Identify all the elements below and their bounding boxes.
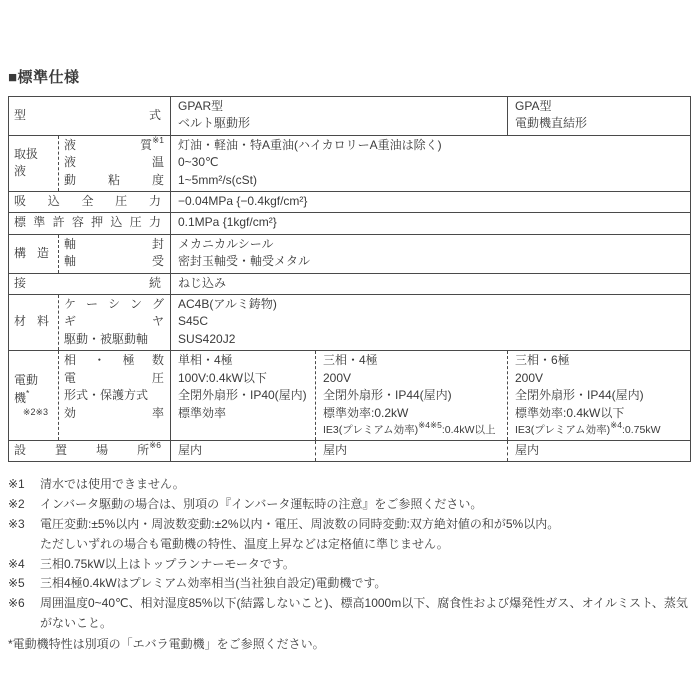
motor-asterisk: * (26, 388, 29, 398)
material-label: 材料 (9, 295, 58, 350)
row-inlet-pressure: 標準許容押込圧力 0.1MPa {1kgf/cm²} (9, 213, 690, 234)
footnote-3: ※3 電圧変動:±5%以内・周波数変動:±2%以内・電圧、周波数の同時変動:双方… (8, 515, 689, 555)
shaft-seal-label: 軸封 (64, 236, 164, 253)
motor-three-phase-4pole: 三相・4極 200V 全閉外扇形・IP44(屋内) 標準効率:0.2kW IE3… (315, 351, 507, 440)
suction-label: 吸込全圧力 (9, 192, 170, 212)
footnote-6: ※6 周囲温度0~40℃、相対湿度85%以下(結露しないこと)、標高1000m以… (8, 594, 689, 634)
footnote-4: ※4 三相0.75kW以上はトップランナーモータです。 (8, 555, 689, 575)
phase-poles-label: 相・極数 (64, 352, 164, 369)
footnotes: ※1 清水では使用できません。 ※2 インバータ駆動の場合は、別項の『インバータ… (8, 475, 689, 654)
motor-single-phase: 単相・4極 100V:0.4kW以下 全閉外扇形・IP40(屋内) 標準効率 (170, 351, 315, 440)
model-label-text: 型式 (14, 107, 161, 124)
inlet-value: 0.1MPa {1kgf/cm²} (170, 213, 686, 233)
row-motor: 電動機* ※2※3 相・極数 電圧 形式・保護方式 効率 単相・4極 100V:… (9, 351, 690, 441)
suction-value: −0.04MPa {−0.4kgf/cm²} (170, 192, 686, 212)
motor-sublabels: 相・極数 電圧 形式・保護方式 効率 (58, 351, 170, 440)
structure-label: 構造 (9, 235, 58, 273)
footnote-ref-6: ※6 (149, 440, 161, 450)
casing-label: ケーシング (64, 296, 164, 313)
liquid-viscosity-label: 動粘度 (64, 172, 164, 189)
installation-value-1: 屋内 (170, 441, 315, 461)
footnote-2: ※2 インバータ駆動の場合は、別項の『インバータ運転時の注意』をご参照ください。 (8, 495, 689, 515)
row-model: 型式 GPAR型 ベルト駆動形 GPA型 電動機直結形 (9, 97, 690, 136)
model-value-gpa: GPA型 電動機直結形 (507, 97, 686, 135)
bearing-label: 軸受 (64, 253, 164, 270)
material-sublabels: ケーシング ギヤ 駆動・被駆動軸 (58, 295, 170, 350)
model-value-gpar: GPAR型 ベルト駆動形 (170, 97, 507, 135)
installation-value-3: 屋内 (507, 441, 686, 461)
gear-label: ギヤ (64, 313, 164, 330)
footnote-5: ※5 三相4極0.4kWはプレミアム効率相当(当社独自設定)電動機です。 (8, 574, 689, 594)
efficiency-label: 効率 (64, 405, 164, 422)
row-material: 材料 ケーシング ギヤ 駆動・被駆動軸 AC4B(アルミ鋳物) S45C SUS… (9, 295, 690, 351)
motor-three-phase-6pole: 三相・6極 200V 全閉外扇形・IP44(屋内) 標準効率:0.4kW以下 I… (507, 351, 686, 440)
motor-footnote-refs: ※2※3 (14, 407, 49, 418)
motor-4pole-ie3: IE3(プレミアム効率)※4※5:0.4kW以上 (323, 422, 502, 438)
motor-6pole-ie3: IE3(プレミアム効率)※4:0.75kW (515, 422, 681, 438)
row-handled-liquid: 取扱液 液 質※1 液温 動粘度 灯油・軽油・特A重油(ハイカロリーA重油は除く… (9, 136, 690, 192)
motor-label: 電動機* ※2※3 (9, 351, 58, 440)
row-suction-pressure: 吸込全圧力 −0.04MPa {−0.4kgf/cm²} (9, 192, 690, 213)
spec-sheet-page: ■標準仕様 型式 GPAR型 ベルト駆動形 GPA型 電動機直結形 取扱液 液 … (0, 0, 695, 695)
model-label: 型式 (9, 97, 170, 135)
liquid-label: 取扱液 (9, 136, 58, 191)
voltage-label: 電圧 (64, 370, 164, 387)
footnote-ref-4-5: ※4※5 (418, 420, 442, 430)
material-value: AC4B(アルミ鋳物) S45C SUS420J2 (170, 295, 686, 350)
connection-label: 接続 (9, 274, 170, 294)
page-title: ■標準仕様 (8, 66, 689, 87)
liquid-temp-label: 液温 (64, 154, 164, 171)
footnote-1: ※1 清水では使用できません。 (8, 475, 689, 495)
row-installation: 設 置 場 所※6 屋内 屋内 屋内 (9, 441, 690, 461)
structure-sublabels: 軸封 軸受 (58, 235, 170, 273)
installation-label: 設 置 場 所※6 (9, 441, 170, 461)
spec-table: 型式 GPAR型 ベルト駆動形 GPA型 電動機直結形 取扱液 液 質※1 液温… (8, 96, 691, 462)
installation-value-2: 屋内 (315, 441, 507, 461)
motor-characteristics-note: *電動機特性は別項の「エバラ電動機」をご参照ください。 (8, 635, 689, 655)
row-connection: 接続 ねじ込み (9, 274, 690, 295)
row-structure: 構造 軸封 軸受 メカニカルシール 密封玉軸受・軸受メタル (9, 235, 690, 274)
type-protection-label: 形式・保護方式 (64, 387, 164, 404)
footnote-ref-4: ※4 (610, 420, 622, 430)
liquid-quality-label: 液 質※1 (64, 137, 164, 154)
liquid-value: 灯油・軽油・特A重油(ハイカロリーA重油は除く) 0~30℃ 1~5mm²/s(… (170, 136, 686, 191)
footnote-ref-1: ※1 (152, 135, 164, 145)
connection-value: ねじ込み (170, 274, 686, 294)
inlet-label: 標準許容押込圧力 (9, 213, 170, 233)
structure-value: メカニカルシール 密封玉軸受・軸受メタル (170, 235, 686, 273)
shafts-label: 駆動・被駆動軸 (64, 331, 164, 348)
liquid-sublabels: 液 質※1 液温 動粘度 (58, 136, 170, 191)
